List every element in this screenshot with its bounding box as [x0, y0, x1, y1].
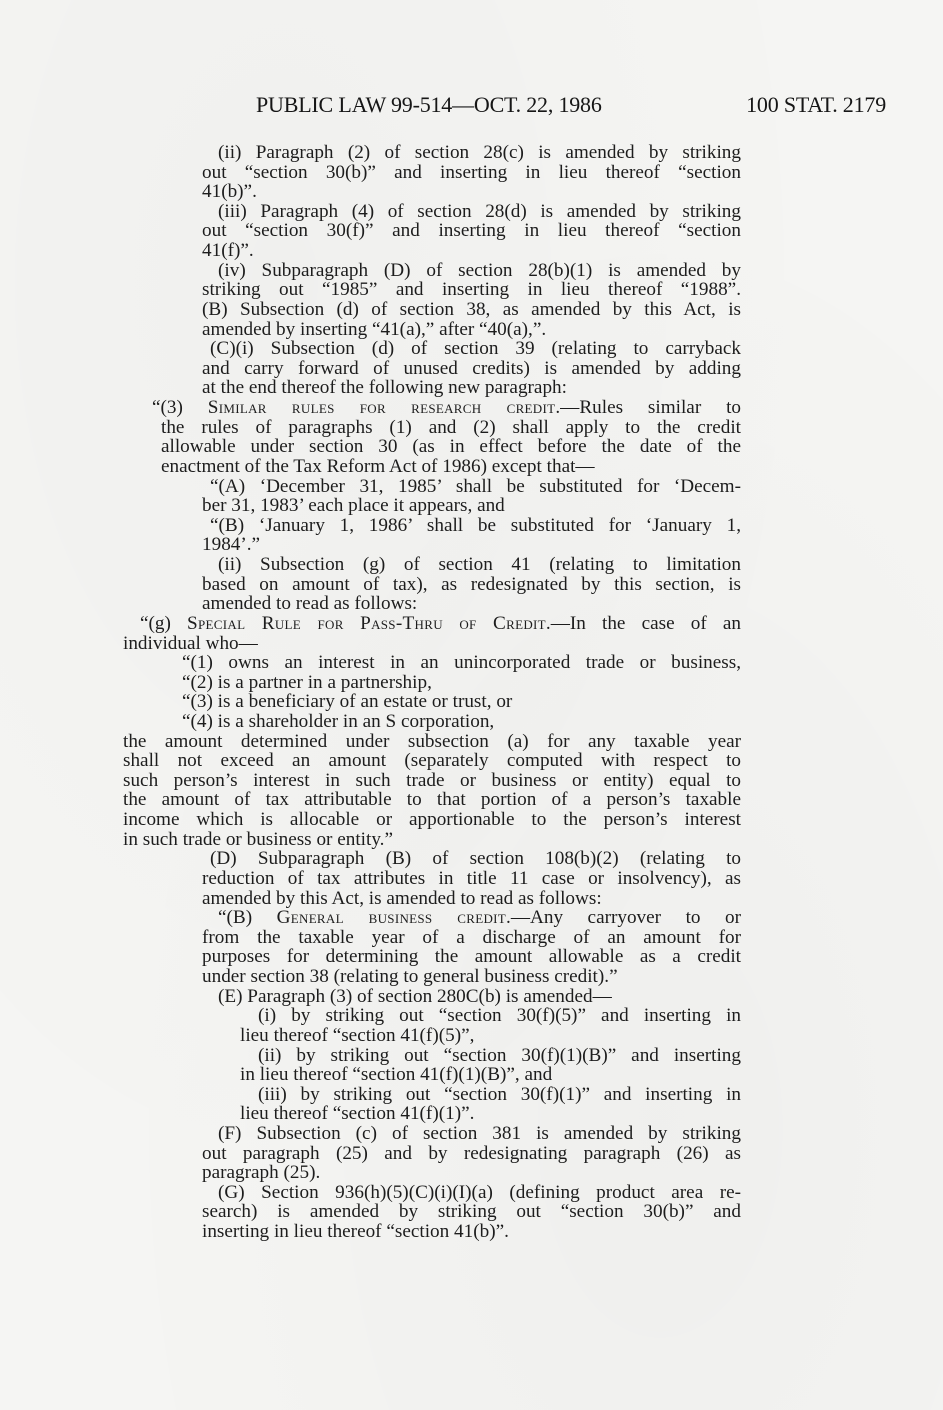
text-line: (E) Paragraph (3) of section 280C(b) is …	[218, 987, 612, 1007]
text-line: the rules of paragraphs (1) and (2) shal…	[161, 418, 741, 438]
text-line: the amount determined under subsection (…	[123, 732, 741, 752]
text-line: 1984’.”	[202, 535, 260, 555]
section-heading: Special Rule for Pass-Thru of Credit	[187, 613, 546, 634]
text-line: amended by this Act, is amended to read …	[202, 889, 602, 909]
text-line: (ii) by striking out “section 30(f)(1)(B…	[258, 1046, 741, 1066]
text-line: allowable under section 30 (as in effect…	[161, 437, 741, 457]
text-line: (D) Subparagraph (B) of section 108(b)(2…	[210, 849, 741, 869]
text-line: lieu thereof “section 41(f)(1)”.	[240, 1104, 474, 1124]
text-line: “(1) owns an interest in an unincorporat…	[182, 653, 741, 673]
text-line: based on amount of tax), as redesignated…	[202, 575, 741, 595]
text-line: at the end thereof the following new par…	[202, 378, 567, 398]
text-line: and carry forward of unused credits) is …	[202, 359, 741, 379]
document-page: PUBLIC LAW 99-514—OCT. 22, 1986 100 STAT…	[0, 0, 943, 1410]
text-line: the amount of tax attributable to that p…	[123, 790, 741, 810]
text-line: in such trade or business or entity.”	[123, 830, 393, 850]
text-line: out paragraph (25) and by redesignating …	[202, 1144, 741, 1164]
text-line: paragraph (25).	[202, 1163, 320, 1183]
text-line: out “section 30(b)” and inserting in lie…	[202, 163, 741, 183]
text-line: inserting in lieu thereof “section 41(b)…	[202, 1222, 509, 1242]
text-line: income which is allocable or apportionab…	[123, 810, 741, 830]
text-line: (i) by striking out “section 30(f)(5)” a…	[258, 1006, 741, 1026]
public-law-citation: PUBLIC LAW 99-514—OCT. 22, 1986	[256, 92, 602, 118]
text-line: amended by inserting “41(a),” after “40(…	[202, 320, 546, 340]
text-line: enactment of the Tax Reform Act of 1986)…	[161, 457, 595, 477]
section-heading: General business credit	[277, 907, 506, 928]
text-line: (iii) by striking out “section 30(f)(1)”…	[258, 1085, 741, 1105]
running-header: PUBLIC LAW 99-514—OCT. 22, 1986 100 STAT…	[256, 92, 886, 120]
text-line: lieu thereof “section 41(f)(5)”,	[240, 1026, 474, 1046]
text-line: “(B) ‘January 1, 1986’ shall be substitu…	[210, 516, 741, 536]
text-line: from the taxable year of a discharge of …	[202, 928, 741, 948]
text-line: reduction of tax attributes in title 11 …	[202, 869, 741, 889]
text-line: in lieu thereof “section 41(f)(1)(B)”, a…	[240, 1065, 552, 1085]
text-line: such person’s interest in such trade or …	[123, 771, 741, 791]
text-line: “(3) is a beneficiary of an estate or tr…	[182, 692, 512, 712]
text-line: out “section 30(f)” and inserting in lie…	[202, 221, 741, 241]
text-line: shall not exceed an amount (separately c…	[123, 751, 741, 771]
text-line: under section 38 (relating to general bu…	[202, 967, 618, 987]
statute-page-ref: 100 STAT. 2179	[746, 92, 886, 118]
text-line: (ii) Subsection (g) of section 41 (relat…	[218, 555, 741, 575]
text-line: ber 31, 1983’ each place it appears, and	[202, 496, 505, 516]
text-line: (ii) Paragraph (2) of section 28(c) is a…	[218, 143, 741, 163]
text-line: “(A) ‘December 31, 1985’ shall be substi…	[210, 477, 741, 497]
text-line: “(g) Special Rule for Pass-Thru of Credi…	[140, 614, 741, 634]
text-line: (iii) Paragraph (4) of section 28(d) is …	[218, 202, 741, 222]
text-line: “(4) is a shareholder in an S corporatio…	[182, 712, 494, 732]
text-line: (B) Subsection (d) of section 38, as ame…	[202, 300, 741, 320]
text-line: “(3) Similar rules for research credit.—…	[152, 398, 741, 418]
text-line: (G) Section 936(h)(5)(C)(i)(I)(a) (defin…	[218, 1183, 741, 1203]
text-line: (iv) Subparagraph (D) of section 28(b)(1…	[218, 261, 741, 281]
text-line: “(2) is a partner in a partnership,	[182, 673, 432, 693]
text-line: (C)(i) Subsection (d) of section 39 (rel…	[210, 339, 741, 359]
text-line: striking out “1985” and inserting in lie…	[202, 280, 741, 300]
section-heading: Similar rules for research credit	[208, 397, 556, 418]
text-line: “(B) General business credit.—Any carryo…	[218, 908, 741, 928]
text-line: (F) Subsection (c) of section 381 is ame…	[218, 1124, 741, 1144]
text-line: individual who—	[123, 634, 258, 654]
text-line: purposes for determining the amount allo…	[202, 947, 741, 967]
text-line: amended to read as follows:	[202, 594, 417, 614]
text-line: 41(b)”.	[202, 182, 257, 202]
text-line: 41(f)”.	[202, 241, 254, 261]
text-line: search) is amended by striking out “sect…	[202, 1202, 741, 1222]
